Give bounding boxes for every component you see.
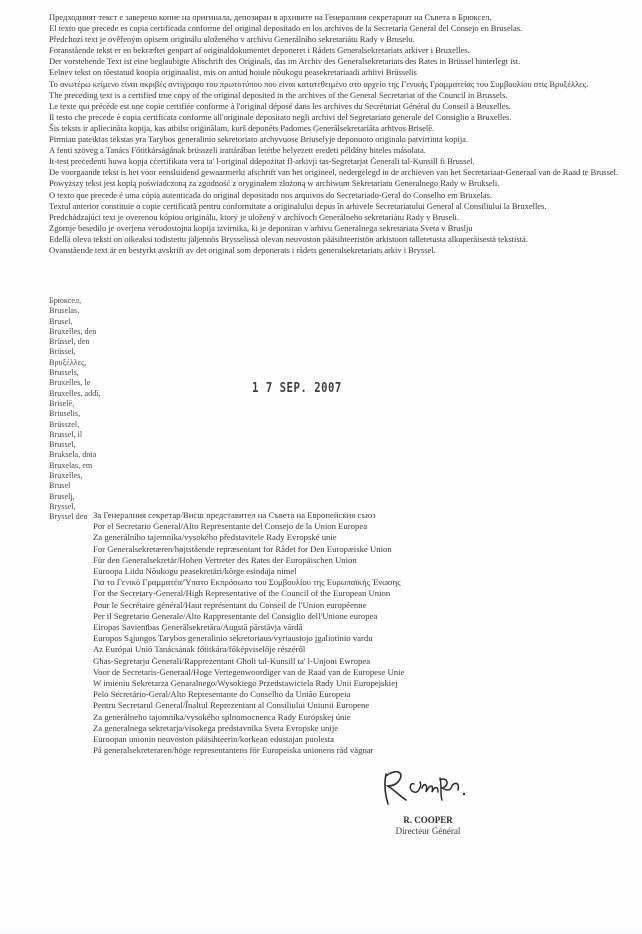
signatory-line: Per il Segretario Generale/Alto Rapprese… bbox=[93, 611, 593, 622]
certification-line: Il testo che precede è copia certificata… bbox=[49, 112, 629, 123]
signer-title: Directeur Général bbox=[388, 826, 468, 837]
certification-line: It-test preċedenti huwa kopja ċċertifika… bbox=[49, 156, 629, 167]
place-name: Bruselas, bbox=[49, 306, 189, 316]
place-name: Briuselis, bbox=[49, 409, 189, 419]
signatory-line: Pentru Secretarul General/Înaltul Reprez… bbox=[93, 700, 593, 711]
certification-line: De voorgaande tekst is het voor eensluid… bbox=[49, 167, 629, 178]
signatory-line: For the Secretary-General/High Represent… bbox=[93, 588, 593, 599]
place-name: Brusel, bbox=[49, 317, 189, 327]
signatory-line: Euroopa Liidu Nõukogu peasekretäri/kõrge… bbox=[93, 566, 593, 577]
certification-line: Zgornje besedilo je overjena verodostojn… bbox=[49, 223, 629, 234]
signatory-line: Za generálneho tajomníka/vysokého splnom… bbox=[93, 712, 593, 723]
signatory-line: За Генералния секретар/Висш представител… bbox=[93, 510, 593, 521]
place-name: Brüsszel, bbox=[49, 420, 189, 430]
signatory-line: Voor de Secretaris-Generaal/Hoge Vertege… bbox=[93, 667, 593, 678]
date-stamp: 1 7 SEP. 2007 bbox=[252, 381, 342, 396]
place-name: Bruxelles, den bbox=[49, 327, 189, 337]
certification-line: Předchozí text je ověřeným opisem origin… bbox=[49, 34, 629, 45]
certification-line: El texto que precede es copia certificad… bbox=[49, 23, 629, 34]
place-name: Брюксел, bbox=[49, 296, 189, 306]
certification-line: Foranstående tekst er en bekræftet genpa… bbox=[49, 45, 629, 56]
signatory-line: Eiropas Savienības Ģenerālsekretāra/Augs… bbox=[93, 622, 593, 633]
place-name: Bruxelles, le bbox=[49, 378, 189, 388]
certified-copy-page: Предходният текст е заверено копие на ор… bbox=[0, 0, 642, 934]
place-names-list: Брюксел,Bruselas,Brusel,Bruxelles, denBr… bbox=[49, 296, 189, 523]
signatory-line: For Generalsekretæren/højtstående repræs… bbox=[93, 544, 593, 555]
signatory-line: Az Európai Unió Tanácsának főtitkára/fők… bbox=[93, 644, 593, 655]
certification-line: Textul anterior constituie o copie certi… bbox=[49, 201, 629, 212]
place-name: Bruselj, bbox=[49, 492, 189, 502]
place-name: Brussel, bbox=[49, 440, 189, 450]
certification-line: Predchádzajúci text je overenou kópiou o… bbox=[49, 212, 629, 223]
signatory-line: Za generalnega sekretarja/visokega preds… bbox=[93, 723, 593, 734]
certification-statements: Предходният текст е заверено копие на ор… bbox=[49, 12, 629, 256]
signatory-line: Για το Γενικό Γραμματέα/Ύπατο Εκπρόσωπο … bbox=[93, 577, 593, 588]
certification-line: Pirmiau pateiktas tekstas yra Tarybos ge… bbox=[49, 134, 629, 145]
signatory-line: Għas-Segretarju Ġenerali/Rappreżentant G… bbox=[93, 656, 593, 667]
place-name: Βρυξέλλες, bbox=[49, 358, 189, 368]
certification-line: A fenti szöveg a Tanács Főtitkárságának … bbox=[49, 145, 629, 156]
certification-line: Le texte qui précède est une copie certi… bbox=[49, 101, 629, 112]
signatory-line: Za generálního tajemníka/vysokého předst… bbox=[93, 532, 593, 543]
page-bottom-edge bbox=[0, 924, 642, 934]
certification-line: Edellä oleva teksti on oikeaksi todistet… bbox=[49, 234, 629, 245]
certification-line: Eelnev tekst on tõestatud koopia origina… bbox=[49, 67, 629, 78]
place-name: Brüssel, bbox=[49, 347, 189, 357]
signatory-line: W imieniu Sekretarza Genaralnego/Wysokie… bbox=[93, 678, 593, 689]
place-name: Bruxelles, bbox=[49, 471, 189, 481]
signatory-line: Pour le Secrétaire général/Haut représen… bbox=[93, 600, 593, 611]
certification-line: Powyższy tekst jest kopią poświadczoną z… bbox=[49, 178, 629, 189]
signatory-line: På generalsekreteraren/höge representant… bbox=[93, 745, 593, 756]
certification-line: Ovanstående text är en bestyrkt avskrift… bbox=[49, 245, 629, 256]
signatory-line: Por el Secretario General/Alto Represent… bbox=[93, 521, 593, 532]
certification-line: O texto que precede é uma cópia autentic… bbox=[49, 190, 629, 201]
place-name: Briselē, bbox=[49, 399, 189, 409]
place-name: Brusel bbox=[49, 481, 189, 491]
place-name: Bruksela, dnia bbox=[49, 450, 189, 460]
certification-line: Το ανωτέρω κείμενο είναι ακριβές αντίγρα… bbox=[49, 79, 629, 90]
signatory-line: Für den Generalsekretär/Hohen Vertreter … bbox=[93, 555, 593, 566]
signature-icon bbox=[380, 764, 472, 808]
place-name: Bruxelas, em bbox=[49, 461, 189, 471]
signatory-line: Europos Sąjungos Tarybos generalinio sek… bbox=[93, 633, 593, 644]
certification-line: Der vorstehende Text ist eine beglaubigt… bbox=[49, 56, 629, 67]
place-name: Bruxelles, addì, bbox=[49, 389, 189, 399]
place-name: Brussel, il bbox=[49, 430, 189, 440]
signatory-line: Euroopan unionin neuvoston pääsihteerin/… bbox=[93, 734, 593, 745]
signer-name: R. COOPER bbox=[388, 815, 468, 826]
signatory-line: Pelo Secretário-Geral/Alto Representante… bbox=[93, 689, 593, 700]
place-name: Brüssel, den bbox=[49, 337, 189, 347]
certification-line: Šis teksts ir apliecināta kopija, kas at… bbox=[49, 123, 629, 134]
signatory-authority-lines: За Генералния секретар/Висш представител… bbox=[93, 510, 593, 756]
signer-block: R. COOPER Directeur Général bbox=[388, 815, 468, 837]
place-name: Brussels, bbox=[49, 368, 189, 378]
certification-line: Предходният текст е заверено копие на ор… bbox=[49, 12, 629, 23]
certification-line: The preceding text is a certified true c… bbox=[49, 90, 629, 101]
